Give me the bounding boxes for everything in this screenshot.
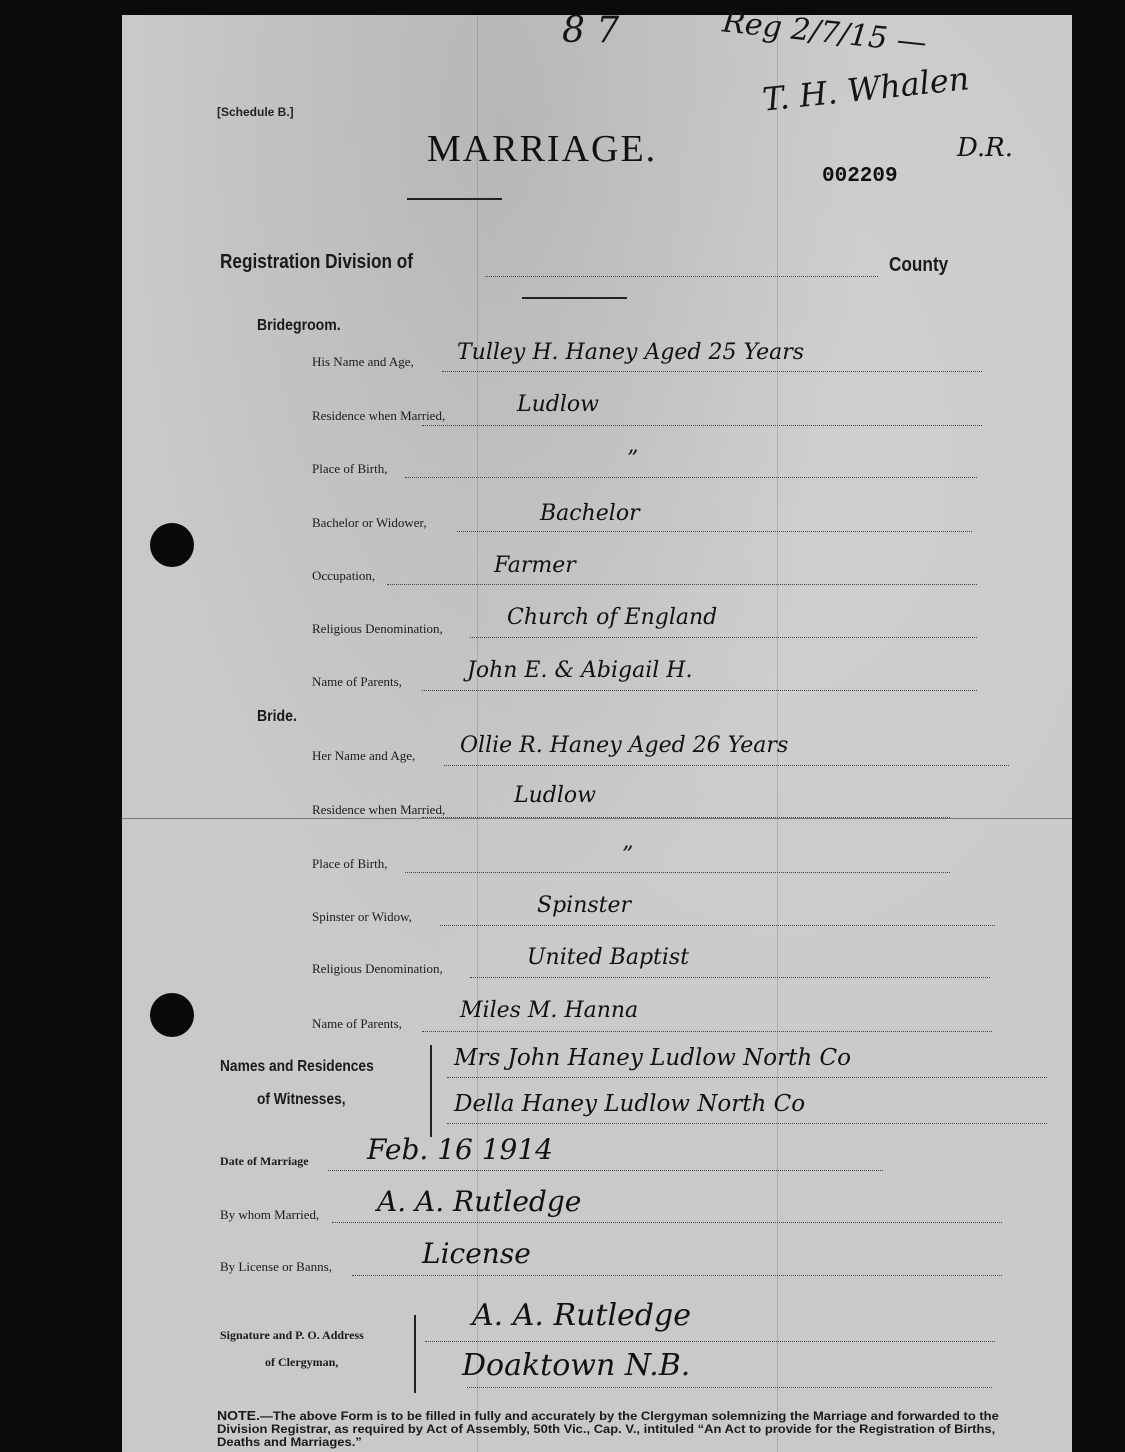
witness-2-value: Della Haney Ludlow North Co	[454, 1091, 805, 1117]
bride-residence-value: Ludlow	[514, 783, 596, 808]
groom-name-line	[442, 371, 982, 372]
clergyman-signature-label-line2: of Clergyman,	[265, 1355, 338, 1370]
groom-status-value: Bachelor	[540, 501, 640, 526]
groom-residence-value: Ludlow	[517, 392, 599, 417]
date-of-marriage-line	[328, 1170, 883, 1171]
clergyman-signature-label: Signature and P. O. Address	[220, 1328, 364, 1343]
groom-occupation-label: Occupation,	[312, 568, 375, 584]
note-lead: NOTE.	[217, 1408, 260, 1423]
bride-status-label: Spinster or Widow,	[312, 909, 412, 925]
bride-status-value: Spinster	[537, 893, 631, 918]
groom-parents-line	[422, 690, 977, 691]
punch-hole	[150, 993, 194, 1037]
bride-name-line	[444, 765, 1009, 766]
address-line	[467, 1387, 992, 1388]
groom-religion-value: Church of England	[507, 605, 717, 630]
groom-birthplace-label: Place of Birth,	[312, 461, 387, 477]
county-label: County	[889, 254, 948, 277]
bride-name-value: Ollie R. Haney Aged 26 Years	[460, 733, 788, 758]
witness-line-1	[447, 1077, 1047, 1078]
groom-religion-line	[470, 637, 977, 638]
groom-birthplace-line	[405, 477, 977, 478]
registrar-title: D.R.	[957, 133, 1013, 163]
bride-parents-line	[422, 1031, 992, 1032]
witnesses-bracket	[430, 1045, 432, 1137]
bride-parents-value: Miles M. Hanna	[460, 998, 638, 1023]
witnesses-label-line2: of Witnesses,	[257, 1091, 346, 1109]
bride-birthplace-label: Place of Birth,	[312, 856, 387, 872]
document-title: MARRIAGE.	[427, 127, 657, 171]
groom-residence-label: Residence when Married,	[312, 408, 445, 424]
bridegroom-heading: Bridegroom.	[257, 317, 341, 335]
license-or-banns-value: License	[422, 1237, 531, 1270]
groom-name-label: His Name and Age,	[312, 354, 414, 370]
marriage-record-paper: [Schedule B.] 8 7 Reg 2/7/15 — T. H. Wha…	[122, 15, 1072, 1452]
signature-bracket	[414, 1315, 416, 1393]
signature-line	[425, 1341, 995, 1342]
date-of-marriage-label: Date of Marriage	[220, 1154, 309, 1169]
groom-status-label: Bachelor or Widower,	[312, 515, 427, 531]
bride-religion-value: United Baptist	[527, 945, 689, 970]
schedule-label: [Schedule B.]	[217, 105, 294, 119]
registration-division-field[interactable]	[485, 276, 878, 277]
bride-birthplace-line	[405, 872, 950, 873]
witness-1-value: Mrs John Haney Ludlow North Co	[454, 1045, 851, 1071]
groom-birthplace-value: ”	[627, 447, 638, 472]
bride-heading: Bride.	[257, 708, 297, 726]
serial-number: 002209	[822, 165, 898, 188]
clergyman-signature-value: A. A. Rutledge	[472, 1298, 691, 1333]
witness-line-2	[447, 1123, 1047, 1124]
section-rule	[522, 297, 627, 299]
fold-line	[122, 818, 1072, 819]
witnesses-label: Names and Residences	[220, 1058, 374, 1076]
license-or-banns-line	[352, 1275, 1002, 1276]
groom-name-value: Tulley H. Haney Aged 25 Years	[457, 340, 804, 365]
title-rule	[407, 198, 502, 200]
registration-division-label: Registration Division of	[220, 251, 413, 274]
punch-hole	[150, 523, 194, 567]
groom-religion-label: Religious Denomination,	[312, 621, 443, 637]
registrar-signature: T. H. Whalen	[761, 59, 971, 118]
bride-status-line	[440, 925, 995, 926]
groom-occupation-line	[387, 584, 977, 585]
bride-religion-line	[470, 977, 990, 978]
groom-parents-value: John E. & Abigail H.	[467, 658, 692, 683]
bride-birthplace-value: ”	[622, 843, 633, 868]
registration-note: Reg 2/7/15 —	[721, 4, 929, 60]
form-note: NOTE.—The above Form is to be filled in …	[217, 1409, 1038, 1449]
by-whom-married-label: By whom Married,	[220, 1207, 319, 1223]
note-text: —The above Form is to be filled in fully…	[217, 1409, 999, 1449]
clergyman-address-value: Doaktown N.B.	[462, 1348, 690, 1383]
bride-residence-line	[422, 817, 950, 818]
groom-residence-line	[422, 425, 982, 426]
by-whom-married-line	[332, 1222, 1002, 1223]
bride-name-label: Her Name and Age,	[312, 748, 415, 764]
date-of-marriage-value: Feb. 16 1914	[367, 1133, 553, 1166]
bride-religion-label: Religious Denomination,	[312, 961, 443, 977]
bride-parents-label: Name of Parents,	[312, 1016, 402, 1032]
groom-status-line	[457, 531, 972, 532]
bride-residence-label: Residence when Married,	[312, 802, 445, 818]
handwritten-mark: 8 7	[562, 10, 619, 51]
groom-parents-label: Name of Parents,	[312, 674, 402, 690]
groom-occupation-value: Farmer	[494, 553, 576, 578]
by-whom-married-value: A. A. Rutledge	[377, 1185, 581, 1218]
license-or-banns-label: By License or Banns,	[220, 1259, 332, 1275]
